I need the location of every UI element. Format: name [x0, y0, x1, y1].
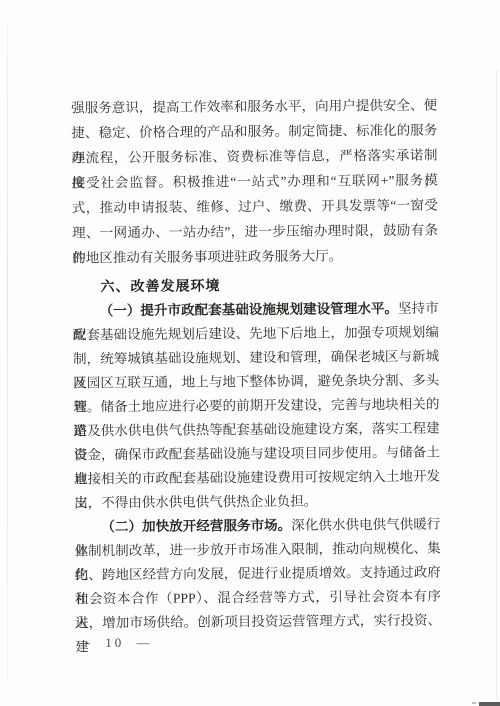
body-line: 理流程，公开服务标准、资费标准等信息，严格落实承诺制度， [71, 143, 437, 171]
scan-artifact-corner-bar [479, 702, 500, 706]
subsection-lead: （一）提升市政配套基础设施规划建设管理水平。 [100, 301, 398, 318]
body-line: 体制机制改革，进一步放开市场准入限制，推动向规模化、集约 [74, 537, 440, 564]
body-line: 的地区推动有关服务事项进驻政务服务大厅。 [72, 243, 438, 271]
body-line: 强服务意识，提高工作效率和服务水平，向用户提供安全、便 [71, 93, 437, 121]
body-line: 入，增加市场供给。创新项目投资运营管理方式，实行投资、建 [75, 609, 441, 636]
body-line: 捷、稳定、价格合理的产品和服务。制定简捷、标准化的服务办 [71, 118, 437, 146]
section-heading: 六、改善发展环境 [72, 272, 438, 300]
body-line: 出，不得由供水供电供气供热企业负担。 [74, 489, 440, 516]
body-line: 理。储备土地应进行必要的前期开发建设，完善与地块相关的道 [73, 393, 439, 420]
body-line: 制，统筹城镇基础设施规划、建设和管理，确保老城区与新城区 [73, 345, 439, 372]
scan-left-edge-line [7, 22, 8, 682]
scan-right-edge-line [496, 70, 497, 700]
body-line: 式，推动申请报装、维修、过户、缴费、开具发票等“一窗受 [72, 193, 438, 221]
section-six-body: （一）提升市政配套基础设施规划建设管理水平。坚持市政 配套基础设施先规划后建设、… [73, 297, 442, 636]
subsection-lead: （二）加快放开经营服务市场。 [101, 518, 291, 534]
body-line: 资金，确保市政配套基础设施与建设项目同步使用。与储备土地 [74, 441, 440, 468]
scan-artifact-speck [472, 702, 476, 704]
body-line: 社会资本合作（PPP）、混合经营等方式，引导社会资本有序进 [75, 585, 441, 612]
body-line: 接受社会监督。积极推进“一站式”办理和“互联网+”服务模 [72, 168, 438, 196]
body-line: 路及供水供电供气供热等配套基础设施建设方案，落实工程建设 [74, 417, 440, 444]
document-page: 强服务意识，提高工作效率和服务水平，向用户提供安全、便 捷、稳定、价格合理的产品… [0, 0, 500, 706]
page-number: — 10 — [77, 635, 153, 651]
document-text-block: 强服务意识，提高工作效率和服务水平，向用户提供安全、便 捷、稳定、价格合理的产品… [71, 93, 441, 636]
body-line: 化、跨地区经营方向发展，促进行业提质增效。支持通过政府和 [75, 561, 441, 588]
body-line: 直接相关的市政配套基础设施建设费用可按规定纳入土地开发支 [74, 465, 440, 492]
body-line: 理、一网通办、一站办结”，进一步压缩办理时限，鼓励有条件 [72, 218, 438, 246]
body-line: （二）加快放开经营服务市场。深化供水供电供气供暖行业 [74, 513, 440, 540]
body-line: 配套基础设施先规划后建设、先地下后地上，加强专项规划编 [73, 321, 439, 348]
body-line: 及园区互联互通，地上与地下整体协调，避免条块分割、多头管 [73, 369, 439, 396]
body-line: （一）提升市政配套基础设施规划建设管理水平。坚持市政 [73, 297, 439, 324]
